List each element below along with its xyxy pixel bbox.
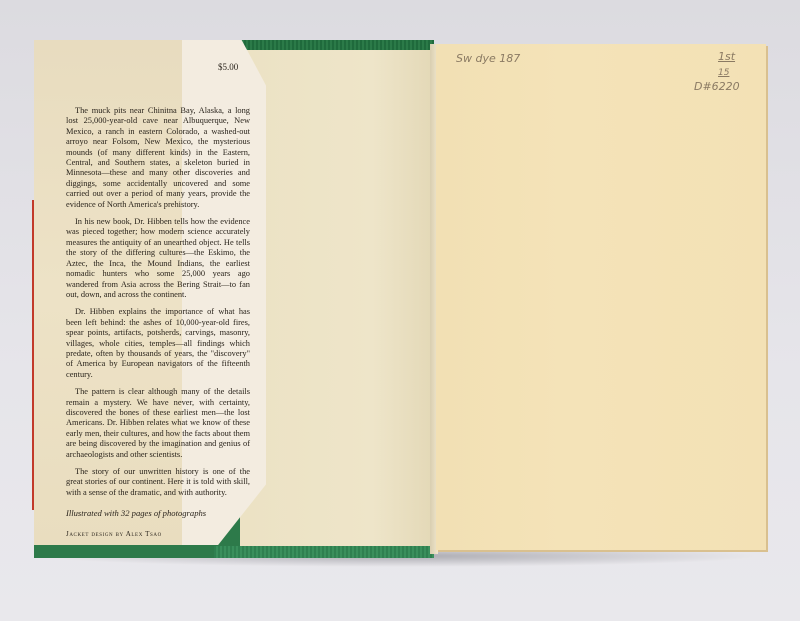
green-cloth-top-edge: [244, 40, 434, 50]
jacket-design-credit: Jacket design by Alex Tsao: [66, 529, 250, 539]
handwritten-number: 15: [718, 68, 729, 78]
handwritten-inventory: D#6220: [694, 80, 740, 93]
illustrated-note: Illustrated with 32 pages of photographs: [66, 508, 250, 518]
jacket-flap-text: The muck pits near Chinitna Bay, Alaska,…: [66, 58, 250, 546]
flyleaf-page: [436, 44, 766, 550]
front-pastedown: [240, 50, 430, 546]
flap-paragraph: The story of our unwritten history is on…: [66, 467, 250, 498]
flap-paragraph: The muck pits near Chinitna Bay, Alaska,…: [66, 106, 250, 210]
handwritten-edition: 1st: [718, 50, 735, 63]
flap-paragraph: Dr. Hibben explains the importance of wh…: [66, 307, 250, 380]
handwritten-note: Sw dye 187: [456, 52, 520, 65]
flap-paragraph: The pattern is clear although many of th…: [66, 387, 250, 460]
green-cloth-bottom-edge: [214, 546, 434, 558]
flap-paragraph: In his new book, Dr. Hibben tells how th…: [66, 217, 250, 300]
